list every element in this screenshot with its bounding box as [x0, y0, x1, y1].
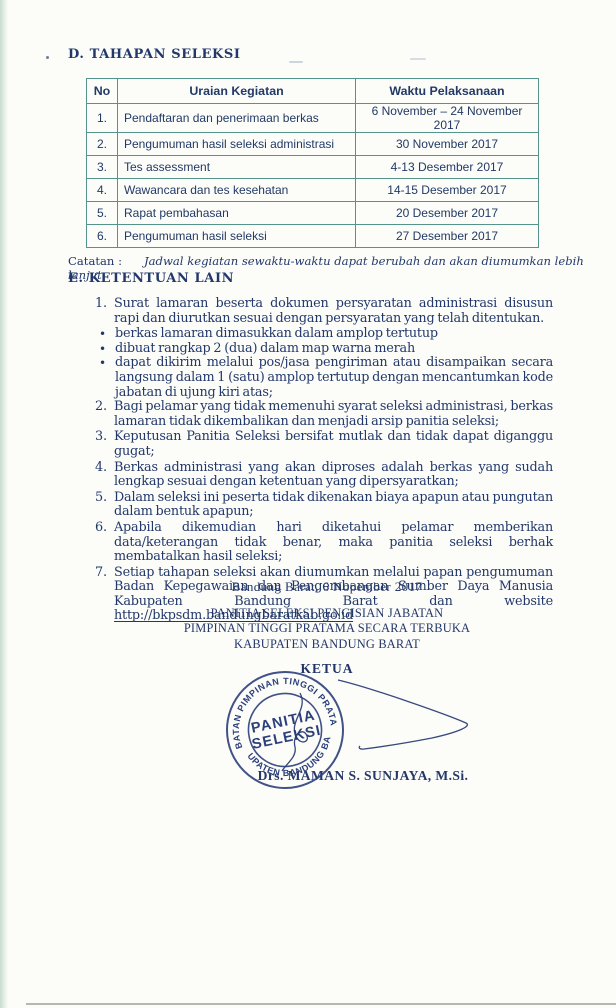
item-number: 4. — [95, 461, 114, 490]
row-activity: Wawancara dan tes kesehatan — [118, 179, 356, 202]
row-no: 3. — [87, 156, 118, 179]
col-header-no: No — [87, 79, 118, 104]
note-label: Catatan : — [68, 254, 122, 268]
committee-line: PANITIA SELEKSI PENGISIAN JABATAN — [40, 606, 614, 621]
list-item: 6. Apabila dikemudian hari diketahui pel… — [95, 521, 553, 565]
bullet-text: dapat dikirim melalui pos/jasa pengirima… — [115, 356, 553, 400]
list-item: 1. Surat lamaran beserta dokumen persyar… — [95, 297, 553, 326]
scan-speck — [410, 58, 426, 60]
committee-block: PANITIA SELEKSI PENGISIAN JABATAN PIMPIN… — [40, 606, 614, 652]
table-row: 3. Tes assessment 4-13 Desember 2017 — [87, 156, 539, 179]
bullet-icon: • — [99, 342, 115, 357]
signer-name: Drs. MAMAN S. SUNJAYA, M.Si. — [76, 768, 616, 784]
scan-edge-bottom — [26, 1003, 616, 1005]
item-number: 3. — [95, 430, 114, 459]
document-page: D. TAHAPAN SELEKSI No Uraian Kegiatan Wa… — [0, 0, 616, 1008]
item-number: 2. — [95, 400, 114, 429]
row-time: 20 Desember 2017 — [356, 202, 539, 225]
item-text: Dalam seleksi ini peserta tidak dikenaka… — [114, 491, 553, 520]
table-row: 4. Wawancara dan tes kesehatan 14-15 Des… — [87, 179, 539, 202]
svg-text:JABATAN PIMPINAN TINGGI PRATAM: JABATAN PIMPINAN TINGGI PRATAMA — [221, 666, 340, 751]
list-item: 4. Berkas administrasi yang akan diprose… — [95, 461, 553, 490]
list-item: 2. Bagi pelamar yang tidak memenuhi syar… — [95, 400, 553, 429]
bullet-item: • dibuat rangkap 2 (dua) dalam map warna… — [99, 342, 553, 357]
stamp-center-line2: SELEKSI — [251, 723, 323, 753]
row-time: 14-15 Desember 2017 — [356, 179, 539, 202]
row-no: 6. — [87, 225, 118, 248]
item-text: Apabila dikemudian hari diketahui pelama… — [114, 521, 553, 565]
dateline: Bandung Barat, 6 Nopember 2017 — [40, 579, 614, 595]
col-header-time: Waktu Pelaksanaan — [356, 79, 539, 104]
section-e-heading: E. KETENTUAN LAIN — [68, 271, 234, 286]
bullet-text: dibuat rangkap 2 (dua) dalam map warna m… — [115, 342, 553, 357]
table-row: 1. Pendaftaran dan penerimaan berkas 6 N… — [87, 104, 539, 133]
signer-role: KETUA — [40, 661, 614, 677]
row-no: 2. — [87, 133, 118, 156]
table-row: 5. Rapat pembahasan 20 Desember 2017 — [87, 202, 539, 225]
item-text: Surat lamaran beserta dokumen persyarata… — [114, 297, 553, 326]
row-activity: Pengumuman hasil seleksi administrasi — [118, 133, 356, 156]
signature-icon — [282, 680, 467, 771]
bullet-icon: • — [99, 327, 115, 342]
bullet-item: • berkas lamaran dimasukkan dalam amplop… — [99, 327, 553, 342]
committee-line: KABUPATEN BANDUNG BARAT — [40, 637, 614, 652]
item-text: Berkas administrasi yang akan diproses a… — [114, 461, 553, 490]
row-no: 5. — [87, 202, 118, 225]
scan-edge-left — [0, 0, 8, 1008]
list-item: 5. Dalam seleksi ini peserta tidak diken… — [95, 491, 553, 520]
row-time: 6 November – 24 November 2017 — [356, 104, 539, 133]
stamp-center-line1: PANITIA — [250, 708, 317, 737]
provisions-list: 1. Surat lamaran beserta dokumen persyar… — [95, 297, 553, 625]
item-text: Keputusan Panitia Seleksi bersifat mutla… — [114, 430, 553, 459]
row-time: 30 November 2017 — [356, 133, 539, 156]
bullet-icon: • — [99, 356, 115, 400]
row-time: 4-13 Desember 2017 — [356, 156, 539, 179]
table-header-row: No Uraian Kegiatan Waktu Pelaksanaan — [87, 79, 539, 104]
list-item: 3. Keputusan Panitia Seleksi bersifat mu… — [95, 430, 553, 459]
section-d-heading: D. TAHAPAN SELEKSI — [68, 47, 241, 62]
row-activity: Pendaftaran dan penerimaan berkas — [118, 104, 356, 133]
item-number: 6. — [95, 521, 114, 565]
bullet-text: berkas lamaran dimasukkan dalam amplop t… — [115, 327, 553, 342]
item-number: 1. — [95, 297, 114, 326]
table-row: 2. Pengumuman hasil seleksi administrasi… — [87, 133, 539, 156]
stamp-top-arc-text: JABATAN PIMPINAN TINGGI PRATAMA — [221, 666, 340, 751]
table-row: 6. Pengumuman hasil seleksi 27 Desember … — [87, 225, 539, 248]
scan-speck — [46, 56, 49, 59]
row-activity: Pengumuman hasil seleksi — [118, 225, 356, 248]
schedule-table: No Uraian Kegiatan Waktu Pelaksanaan 1. … — [86, 78, 539, 248]
row-activity: Tes assessment — [118, 156, 356, 179]
row-time: 27 Desember 2017 — [356, 225, 539, 248]
row-no: 4. — [87, 179, 118, 202]
item-text: Bagi pelamar yang tidak memenuhi syarat … — [114, 400, 553, 429]
row-activity: Rapat pembahasan — [118, 202, 356, 225]
row-no: 1. — [87, 104, 118, 133]
committee-line: PIMPINAN TINGGI PRATAMA SECARA TERBUKA — [40, 621, 614, 636]
col-header-activity: Uraian Kegiatan — [118, 79, 356, 104]
scan-speck — [289, 61, 303, 63]
item-number: 5. — [95, 491, 114, 520]
bullet-item: • dapat dikirim melalui pos/jasa pengiri… — [99, 356, 553, 400]
